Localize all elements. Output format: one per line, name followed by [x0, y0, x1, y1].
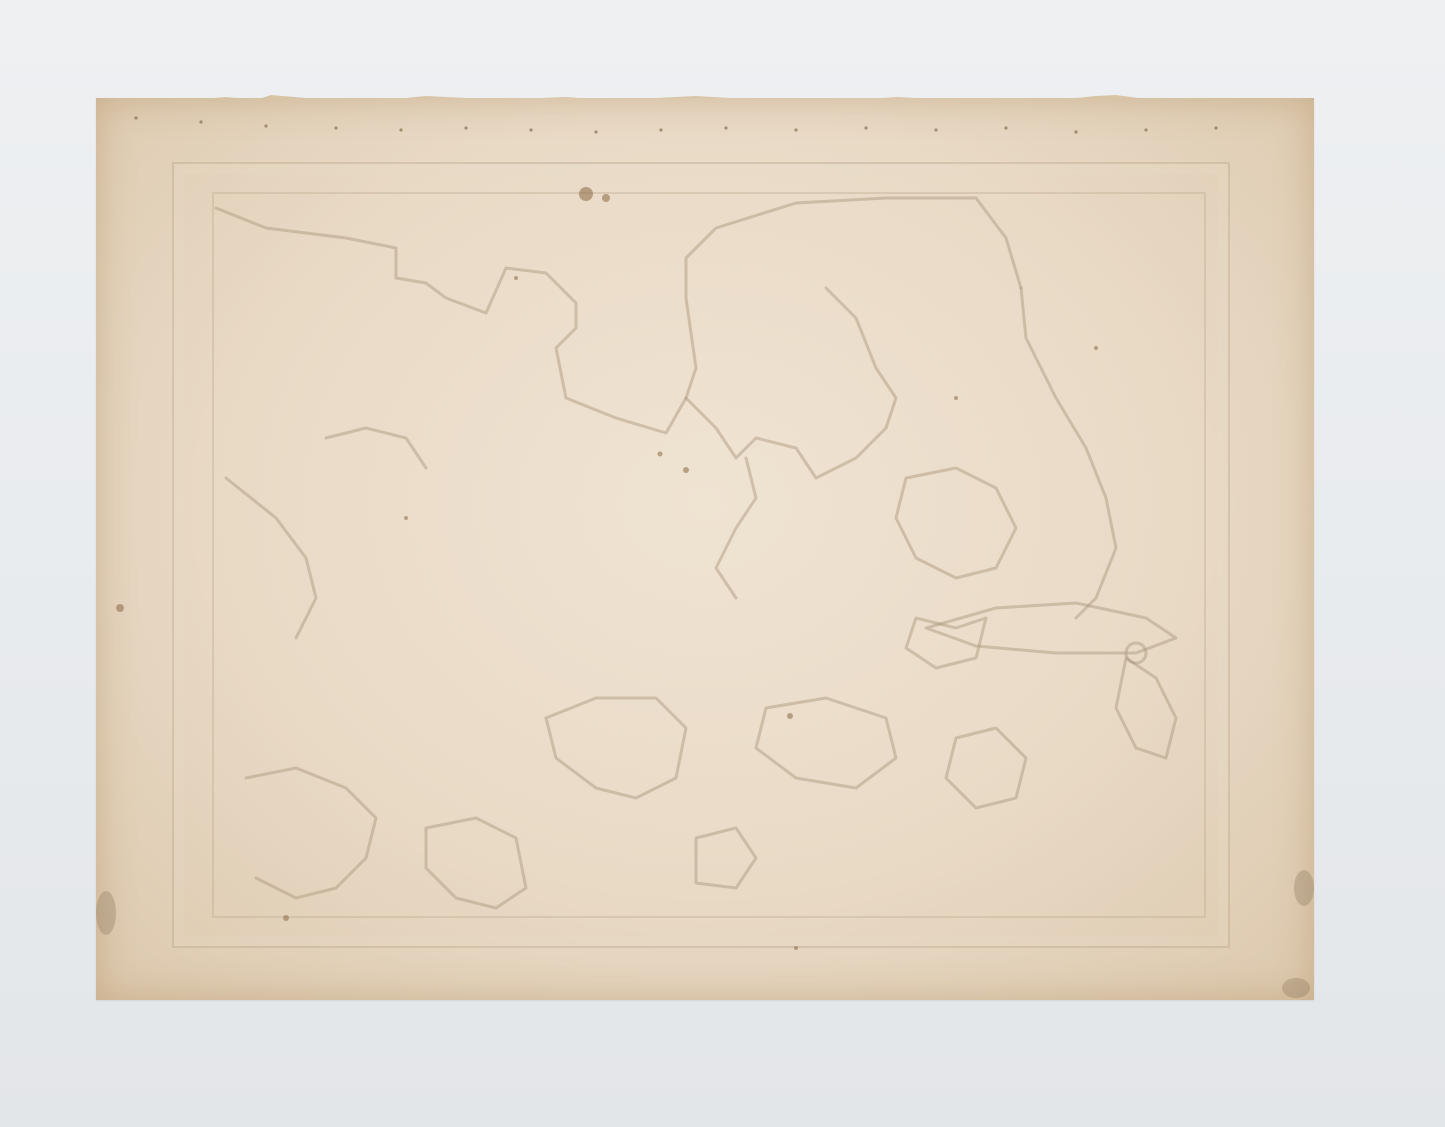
- map-frame-show-through: [212, 192, 1206, 918]
- paper-sheet: [96, 98, 1314, 1000]
- photo-scene: [0, 0, 1445, 1127]
